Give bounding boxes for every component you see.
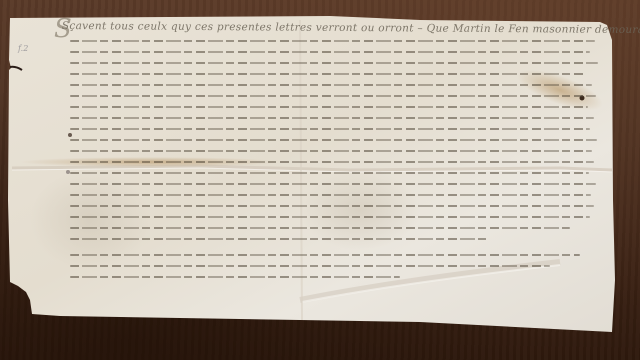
parchment-document: S Sçavent tous ceulx quy ces presentes l… bbox=[0, 0, 640, 360]
handwritten-body-text bbox=[70, 36, 600, 316]
margin-annotation: f.2 bbox=[18, 44, 28, 53]
